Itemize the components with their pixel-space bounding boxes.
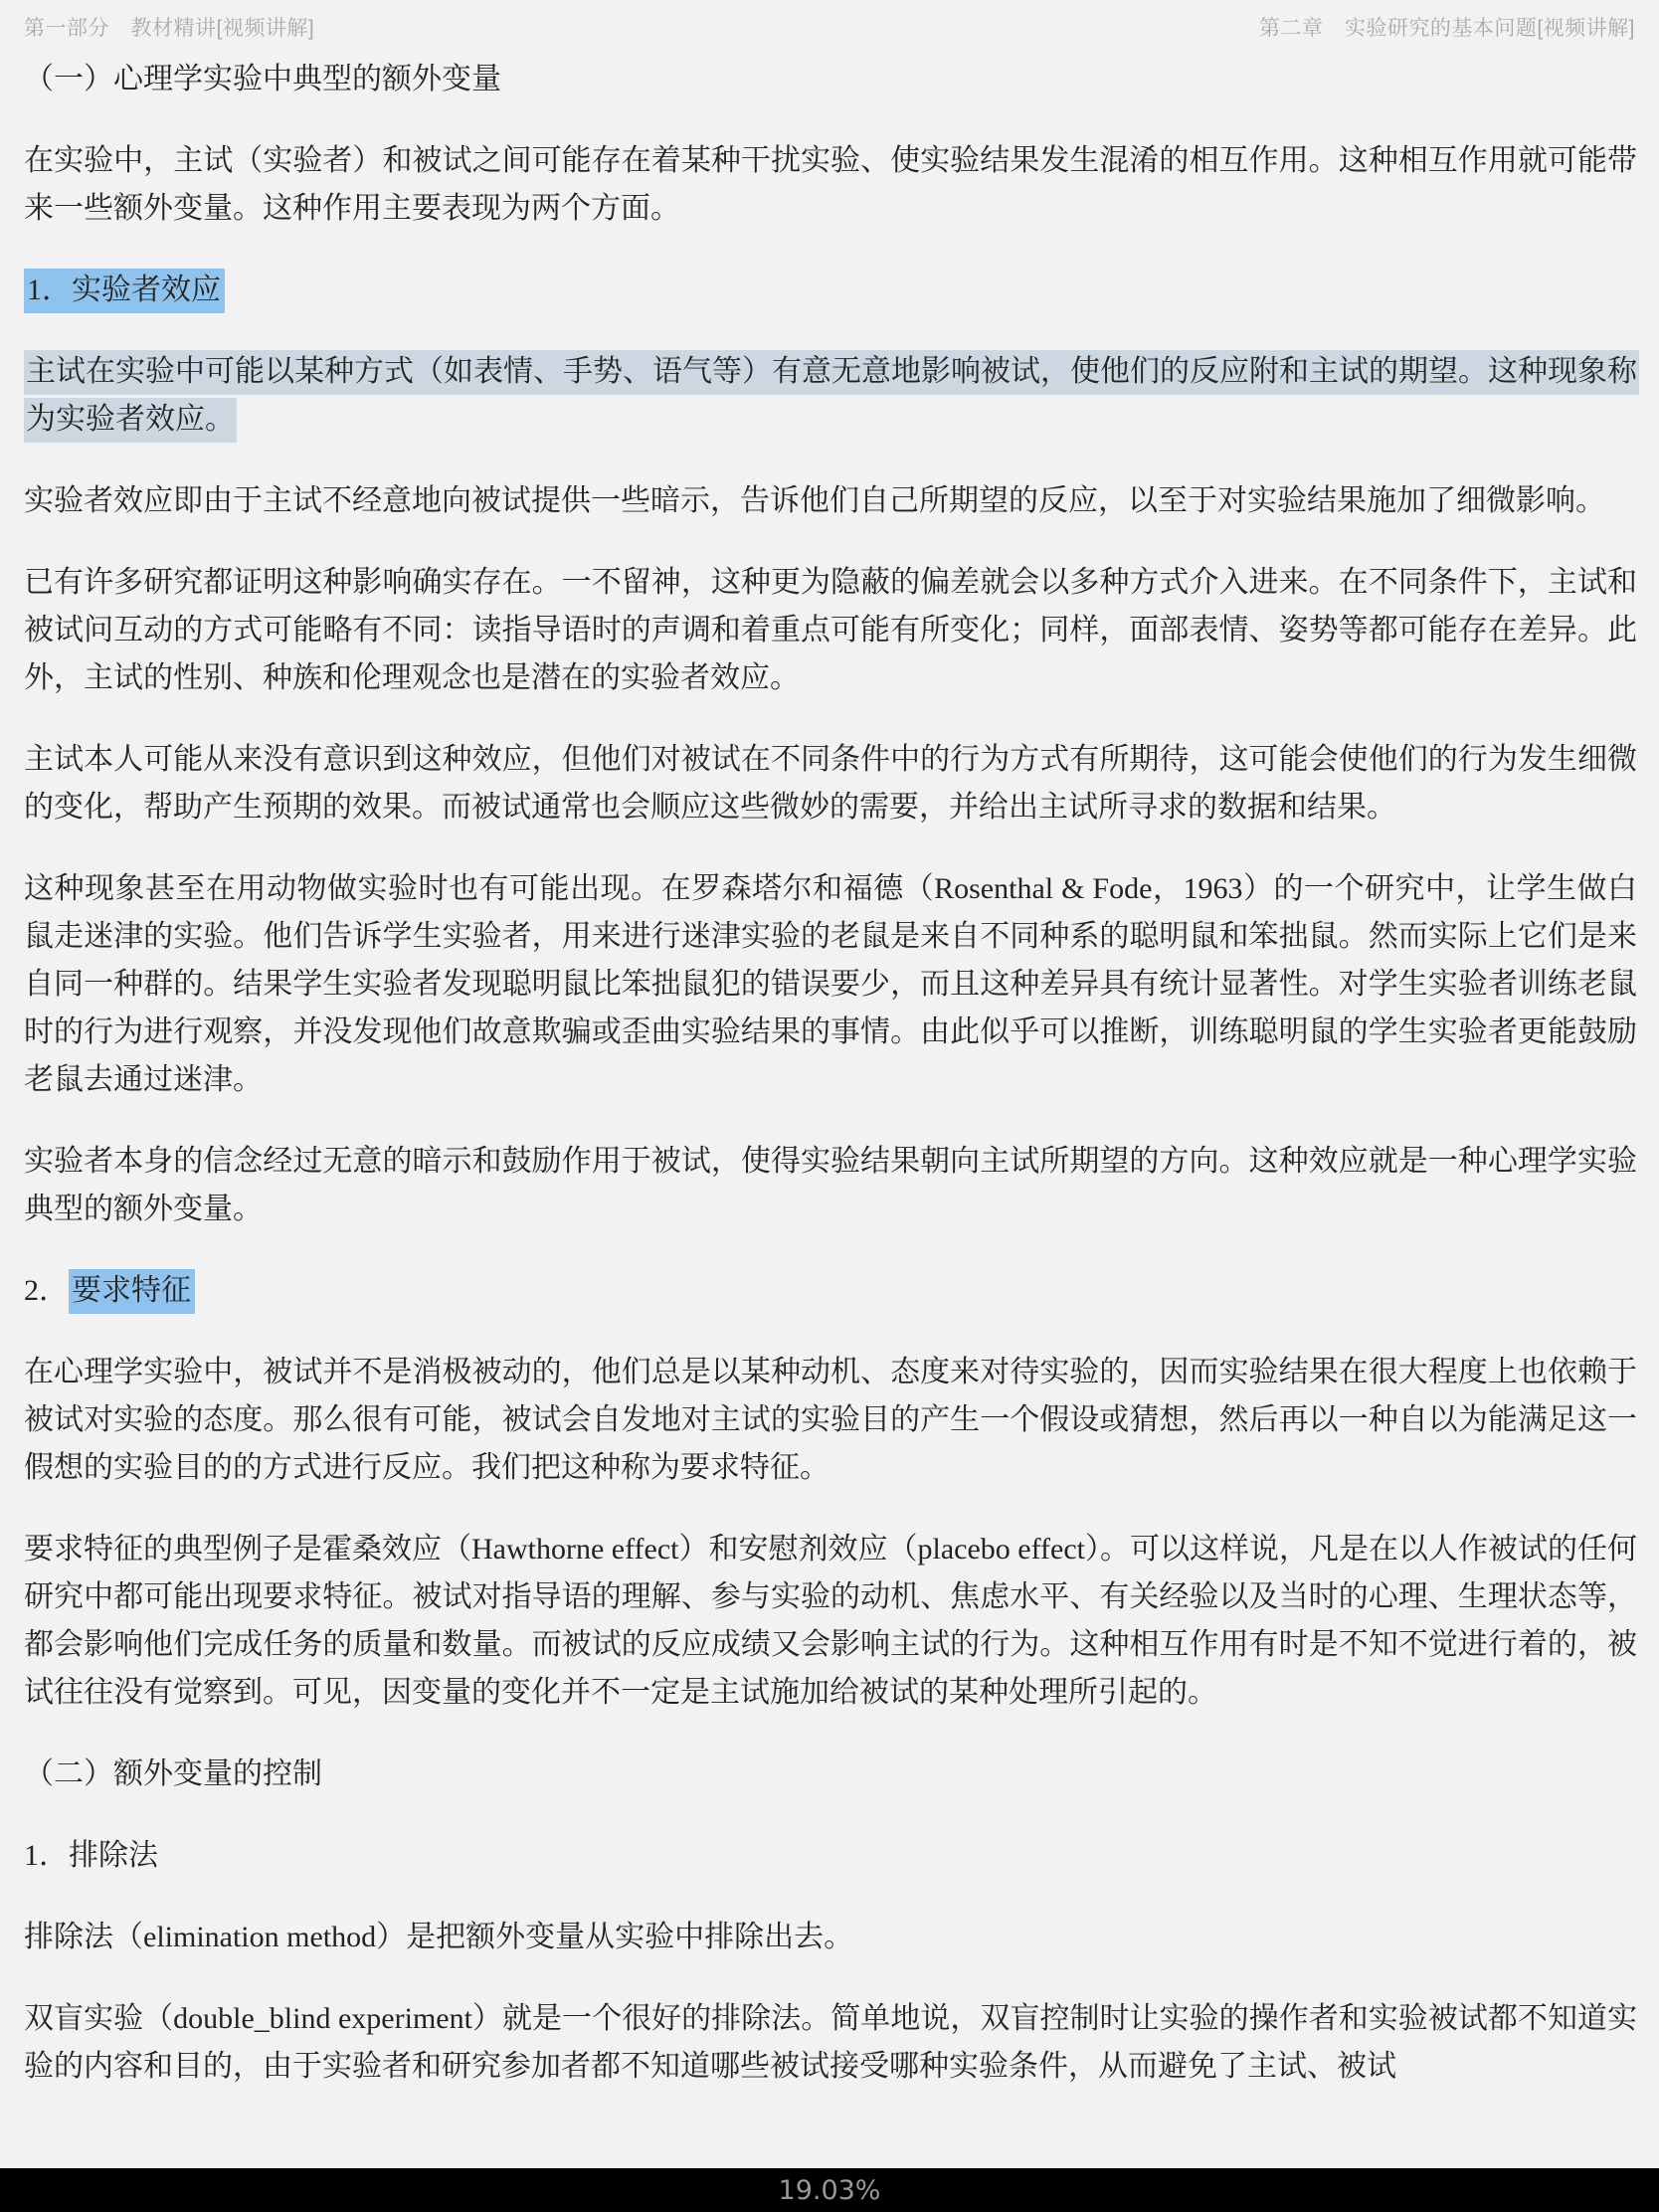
reading-progress-bar: 19.03% — [0, 2168, 1659, 2212]
paragraph-highlighted: 主试在实验中可能以某种方式（如表情、手势、语气等）有意无意地影响被试，使他们的反… — [24, 348, 1637, 444]
paragraph: 实验者效应即由于主试不经意地向被试提供一些暗示，告诉他们自己所期望的反应，以至于… — [24, 477, 1637, 525]
running-header: 第一部分 教材精讲[视频讲解] 第二章 实验研究的基本问题[视频讲解] — [24, 12, 1635, 42]
section-heading-variable-control: （二）额外变量的控制 — [24, 1751, 1637, 1798]
paragraph: 这种现象甚至在用动物做实验时也有可能出现。在罗森塔尔和福德（Rosenthal … — [24, 865, 1637, 1104]
paragraph: 要求特征的典型例子是霍桑效应（Hawthorne effect）和安慰剂效应（p… — [24, 1526, 1637, 1717]
subheading-experimenter-effect: 1．实验者效应 — [24, 267, 1637, 314]
reading-progress-percentage: 19.03% — [779, 2175, 881, 2206]
highlight-annotation[interactable]: 主试在实验中可能以某种方式（如表情、手势、语气等）有意无意地影响被试，使他们的反… — [24, 350, 1639, 443]
subheading-demand-characteristics: 2．要求特征 — [24, 1267, 1637, 1315]
section-heading-extraneous-variables: （一）心理学实验中典型的额外变量 — [24, 56, 1637, 103]
paragraph: 在心理学实验中，被试并不是消极被动的，他们总是以某种动机、态度来对待实验的，因而… — [24, 1349, 1637, 1492]
highlight-annotation[interactable]: 1．实验者效应 — [24, 269, 225, 313]
header-part-title: 第一部分 教材精讲[视频讲解] — [24, 12, 314, 42]
paragraph: 双盲实验（double_blind experiment）就是一个很好的排除法。… — [24, 1995, 1637, 2091]
highlight-annotation[interactable]: 要求特征 — [69, 1269, 195, 1314]
document-page: （一）心理学实验中典型的额外变量 在实验中，主试（实验者）和被试之间可能存在着某… — [24, 56, 1637, 2124]
subheading-elimination-method: 1．排除法 — [24, 1832, 1637, 1880]
header-chapter-title: 第二章 实验研究的基本问题[视频讲解] — [1259, 12, 1635, 42]
paragraph: 排除法（elimination method）是把额外变量从实验中排除出去。 — [24, 1914, 1637, 1961]
paragraph: 主试本人可能从来没有意识到这种效应，但他们对被试在不同条件中的行为方式有所期待，… — [24, 736, 1637, 831]
paragraph: 已有许多研究都证明这种影响确实存在。一不留神，这种更为隐蔽的偏差就会以多种方式介… — [24, 559, 1637, 702]
paragraph: 在实验中，主试（实验者）和被试之间可能存在着某种干扰实验、使实验结果发生混淆的相… — [24, 137, 1637, 233]
subheading-number: 2． — [24, 1274, 69, 1307]
paragraph: 实验者本身的信念经过无意的暗示和鼓励作用于被试，使得实验结果朝向主试所期望的方向… — [24, 1138, 1637, 1233]
